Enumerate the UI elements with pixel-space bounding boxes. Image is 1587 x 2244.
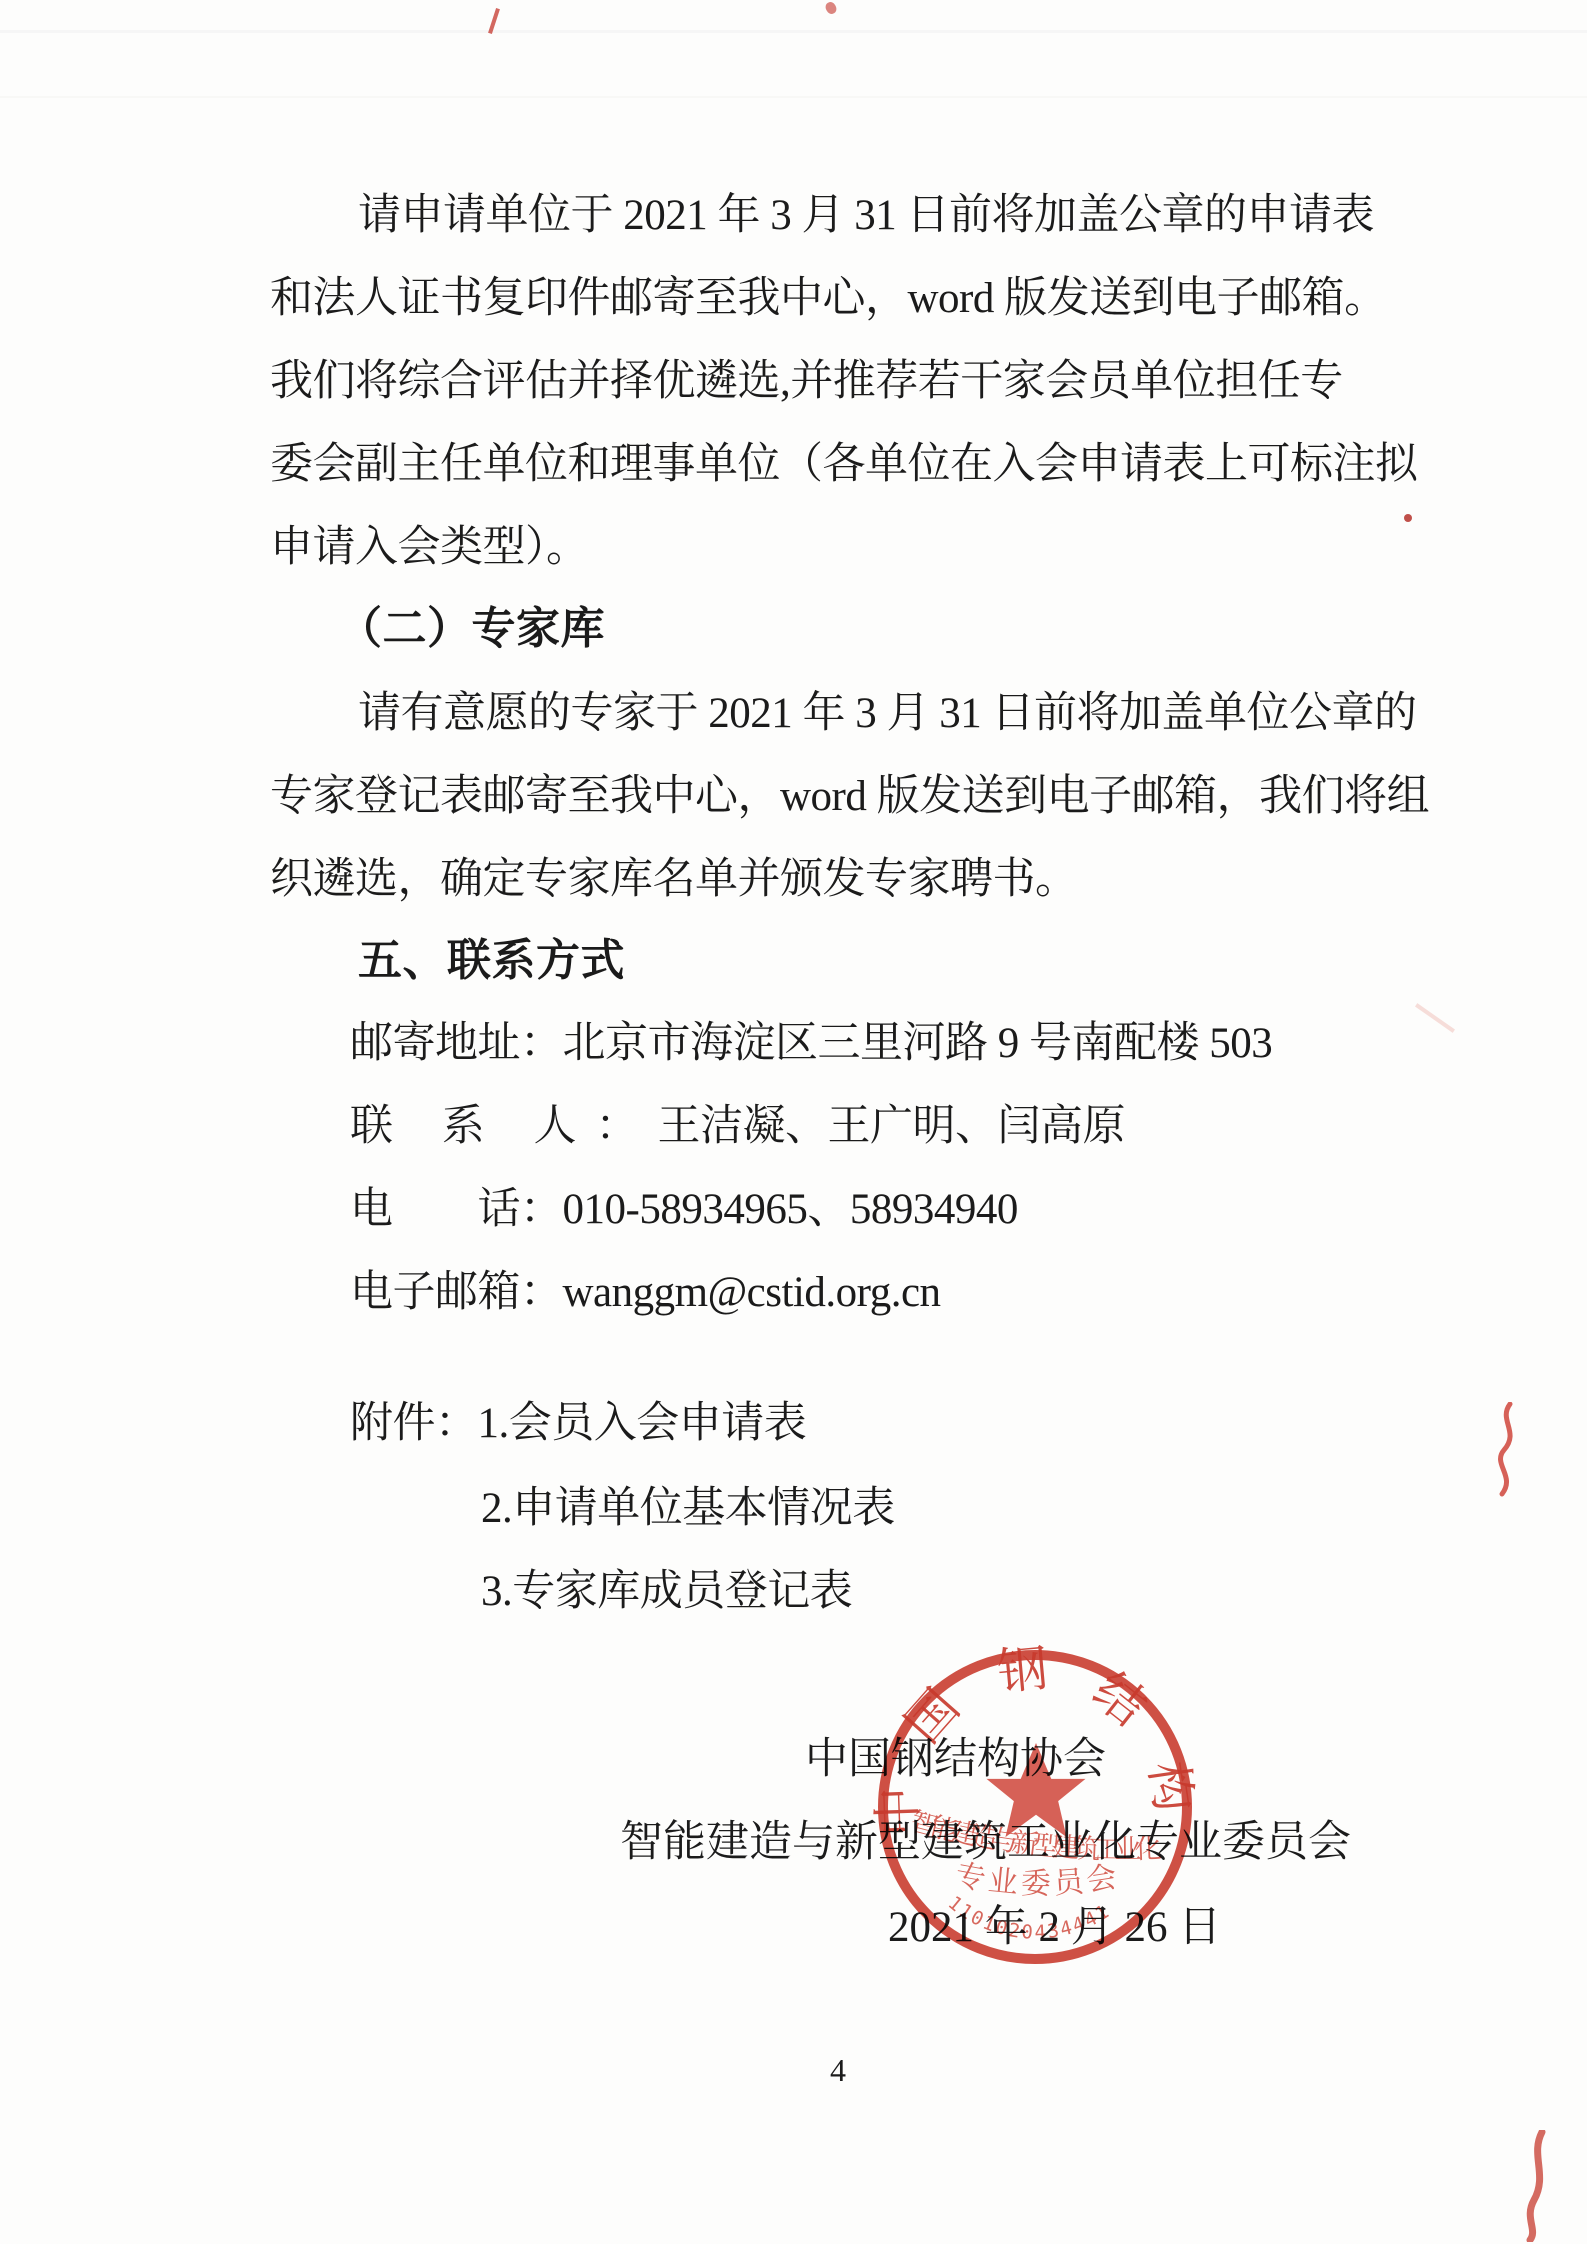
body-line: 请申请单位于 2021 年 3 月 31 日前将加盖公章的申请表 bbox=[358, 191, 1374, 240]
seal-graphic: 中国钢结构协会 智能建造与新型建筑工业化 专业委员会 1101020434441 bbox=[855, 1627, 1215, 1987]
official-seal-stamp: 中国钢结构协会 智能建造与新型建筑工业化 专业委员会 1101020434441 bbox=[855, 1627, 1215, 1987]
page-number: 4 bbox=[830, 2052, 846, 2089]
scan-artifact-band bbox=[0, 96, 1587, 98]
scanned-document-page: 请申请单位于 2021 年 3 月 31 日前将加盖公章的申请表 和法人证书复印… bbox=[0, 0, 1587, 2244]
attachments-label: 附件： bbox=[350, 1400, 478, 1447]
body-line: 织遴选，确定专家库名单并颁发专家聘书。 bbox=[270, 855, 1078, 904]
contact-address-label: 邮寄地址： bbox=[350, 1020, 563, 1067]
body-line: 申请入会类型）。 bbox=[270, 523, 589, 572]
attachment-item: 1.会员入会申请表 bbox=[478, 1400, 807, 1447]
contact-phone-label: 电 话： bbox=[350, 1186, 563, 1233]
contact-address-value: 北京市海淀区三里河路 9 号南配楼 503 bbox=[563, 1020, 1273, 1067]
body-line: 专家登记表邮寄至我中心，word 版发送到电子邮箱，我们将组 bbox=[270, 772, 1429, 821]
attachment-item: 2.申请单位基本情况表 bbox=[481, 1484, 895, 1533]
contact-person-value: 王洁凝、王广明、闫高原 bbox=[658, 1103, 1126, 1150]
section-heading-contact: 五、联系方式 bbox=[358, 936, 625, 987]
red-ink-dot bbox=[1404, 514, 1412, 522]
seal-star-icon bbox=[986, 1743, 1085, 1837]
section-heading-experts: （二）专家库 bbox=[338, 604, 605, 655]
red-ink-squiggle bbox=[1490, 1402, 1530, 1503]
scan-artifact-band bbox=[0, 30, 1587, 33]
contact-email-value: wanggm@cstid.org.cn bbox=[563, 1269, 941, 1316]
attachments-line: 附件：1.会员入会申请表 bbox=[350, 1399, 806, 1448]
attachment-item: 3.专家库成员登记表 bbox=[481, 1567, 852, 1616]
red-ink-streak bbox=[1512, 2130, 1562, 2244]
svg-text:专业委员会: 专业委员会 bbox=[953, 1859, 1119, 1901]
body-line: 委会副主任单位和理事单位（各单位在入会申请表上可标注拟 bbox=[270, 440, 1418, 489]
contact-person-label: 联 系 人： bbox=[350, 1103, 658, 1150]
contact-email-label: 电子邮箱： bbox=[350, 1269, 563, 1316]
red-ink-mark bbox=[824, 0, 838, 15]
contact-email-line: 电子邮箱：wanggm@cstid.org.cn bbox=[350, 1268, 941, 1317]
body-line: 和法人证书复印件邮寄至我中心，word 版发送到电子邮箱。 bbox=[270, 274, 1387, 323]
contact-address-line: 邮寄地址：北京市海淀区三里河路 9 号南配楼 503 bbox=[350, 1019, 1272, 1068]
body-line: 请有意愿的专家于 2021 年 3 月 31 日前将加盖单位公章的 bbox=[358, 689, 1417, 738]
seal-inner-text-2: 专业委员会 bbox=[953, 1859, 1119, 1901]
body-line: 我们将综合评估并择优遴选,并推荐若干家会员单位担任专 bbox=[270, 357, 1343, 406]
contact-phone-line: 电 话：010-58934965、58934940 bbox=[350, 1185, 1018, 1234]
pink-ink-smudge bbox=[1415, 1003, 1455, 1033]
contact-person-line: 联 系 人：王洁凝、王广明、闫高原 bbox=[350, 1102, 1125, 1151]
contact-phone-value: 010-58934965、58934940 bbox=[563, 1186, 1018, 1233]
